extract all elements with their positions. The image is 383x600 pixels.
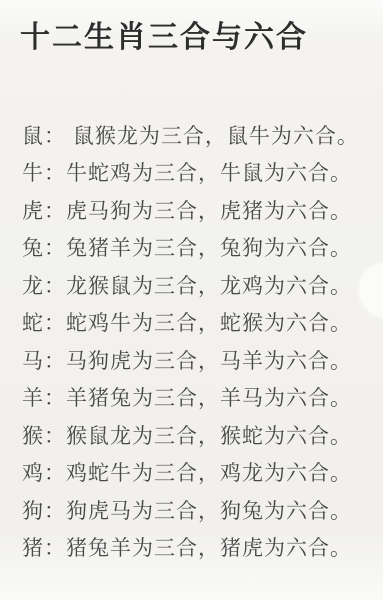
list-item-dragon: 龙：龙猴鼠为三合，龙鸡为六合。 (22, 266, 373, 304)
harmony-text: 羊猪兔为三合，羊马为六合。 (66, 382, 352, 412)
animal-label: 狗： (22, 495, 66, 525)
animal-label: 鼠： (22, 120, 66, 150)
harmony-text: 狗虎马为三合，狗兔为六合。 (66, 495, 352, 525)
animal-label: 羊： (22, 382, 66, 412)
harmony-text: 猪兔羊为三合，猪虎为六合。 (66, 532, 352, 562)
page-title: 十二生肖三合与六合 (0, 0, 383, 56)
list-item-horse: 马：马狗虎为三合，马羊为六合。 (22, 341, 373, 379)
animal-label: 猴： (22, 420, 66, 450)
harmony-text: 牛蛇鸡为三合，牛鼠为六合。 (66, 157, 352, 187)
harmony-text: 龙猴鼠为三合，龙鸡为六合。 (66, 270, 352, 300)
list-item-monkey: 猴：猴鼠龙为三合，猴蛇为六合。 (22, 416, 373, 454)
list-item-dog: 狗：狗虎马为三合，狗兔为六合。 (22, 491, 373, 529)
list-item-ox: 牛：牛蛇鸡为三合，牛鼠为六合。 (22, 154, 373, 192)
list-item-goat: 羊：羊猪兔为三合，羊马为六合。 (22, 379, 373, 417)
animal-label: 蛇： (22, 307, 66, 337)
animal-label: 龙： (22, 270, 66, 300)
harmony-text: 兔猪羊为三合，兔狗为六合。 (66, 232, 352, 262)
list-item-snake: 蛇：蛇鸡牛为三合，蛇猴为六合。 (22, 304, 373, 342)
harmony-text: 蛇鸡牛为三合，蛇猴为六合。 (66, 307, 352, 337)
animal-label: 兔： (22, 232, 66, 262)
animal-label: 鸡： (22, 457, 66, 487)
harmony-text: 马狗虎为三合，马羊为六合。 (66, 345, 352, 375)
harmony-text: 鸡蛇牛为三合，鸡龙为六合。 (66, 457, 352, 487)
list-item-rat: 鼠： 鼠猴龙为三合，鼠牛为六合。 (22, 116, 373, 154)
list-item-rabbit: 兔：兔猪羊为三合，兔狗为六合。 (22, 229, 373, 267)
list-item-tiger: 虎：虎马狗为三合，虎猪为六合。 (22, 191, 373, 229)
zodiac-list: 鼠： 鼠猴龙为三合，鼠牛为六合。 牛：牛蛇鸡为三合，牛鼠为六合。 虎：虎马狗为三… (0, 116, 383, 566)
zodiac-page: 十二生肖三合与六合 鼠： 鼠猴龙为三合，鼠牛为六合。 牛：牛蛇鸡为三合，牛鼠为六… (0, 0, 383, 600)
harmony-text: 鼠猴龙为三合，鼠牛为六合。 (66, 120, 359, 150)
harmony-text: 猴鼠龙为三合，猴蛇为六合。 (66, 420, 352, 450)
animal-label: 牛： (22, 157, 66, 187)
animal-label: 虎： (22, 195, 66, 225)
harmony-text: 虎马狗为三合，虎猪为六合。 (66, 195, 352, 225)
animal-label: 马： (22, 345, 66, 375)
list-item-pig: 猪：猪兔羊为三合，猪虎为六合。 (22, 529, 373, 567)
animal-label: 猪： (22, 532, 66, 562)
list-item-rooster: 鸡：鸡蛇牛为三合，鸡龙为六合。 (22, 454, 373, 492)
